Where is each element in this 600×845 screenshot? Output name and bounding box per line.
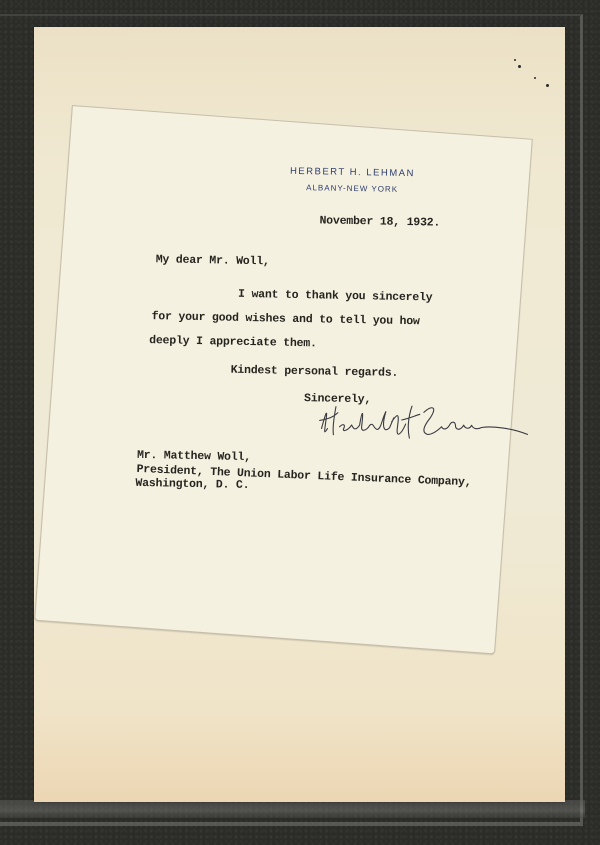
body-line-1: I want to thank you sincerely [238, 288, 433, 305]
letterhead-location: ALBANY-NEW YORK [252, 179, 452, 199]
regards-line: Kindest personal regards. [231, 364, 399, 380]
recipient-name: Mr. Matthew Woll, [137, 449, 251, 464]
body-line-3: deeply I appreciate them. [149, 334, 317, 350]
letter-date: November 18, 1932. [319, 214, 440, 229]
letterhead: HERBERT H. LEHMAN ALBANY-NEW YORK [252, 163, 453, 199]
salutation: My dear Mr. Woll, [156, 253, 270, 268]
letter-content: HERBERT H. LEHMAN ALBANY-NEW YORK Novemb… [0, 0, 600, 845]
handwritten-signature [315, 398, 536, 448]
body-line-2: for your good wishes and to tell you how [152, 310, 420, 328]
recipient-city: Washington, D. C. [135, 477, 249, 492]
